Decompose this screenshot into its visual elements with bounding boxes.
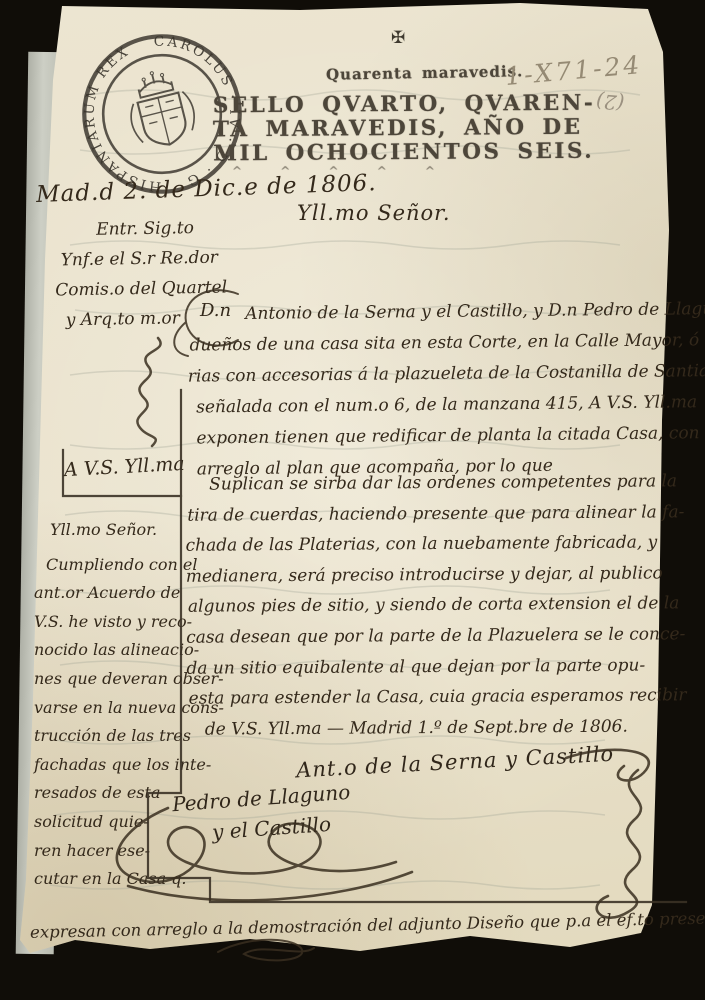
petition-line: señalada con el num.o 6, de la manzana 4…: [196, 388, 670, 424]
margin-note-line: Ynf.e el S.r Re.dor: [54, 243, 226, 276]
archival-reference-secondary: (2): [595, 89, 625, 115]
petition-opening: Antonio de la Serna y el Castillo, y D.n…: [195, 295, 671, 486]
petition-line: chada de las Platerias, con la nuebament…: [185, 528, 671, 562]
informe-line: solicitud quie-: [34, 808, 184, 837]
informe-line: V.S. he visto y reco-: [34, 608, 184, 637]
petition-line: Suplican se sirba dar las ordenes compet…: [195, 466, 671, 500]
informe-line: trucción de las tres: [34, 722, 184, 751]
informe-line: resados de esta: [34, 779, 184, 808]
petition-line: rias con accesorias á la plazueleta de l…: [188, 357, 670, 393]
petition-line: da un sitio equibalente al que dejan por…: [186, 650, 672, 684]
tax-denomination-line: Quarenta maravedis.: [326, 62, 524, 83]
stamp-line-3: MIL OCHOCIENTOS SEIS.: [213, 140, 596, 167]
petition-line: Antonio de la Serna y el Castillo, y D.n…: [195, 295, 669, 331]
petition-line: medianera, será preciso introducirse y d…: [186, 558, 672, 592]
salutation: Yll.mo Señor.: [297, 201, 451, 225]
petition-line: dueños de una casa sita en esta Corte, e…: [189, 326, 669, 362]
seal-coat-of-arms: [121, 64, 200, 152]
petition-line: tira de cuerdas, haciendo presente que p…: [187, 497, 671, 531]
scanned-manuscript-1806: CAROLUS · IV · D · G HISPANIARUM REX ✠ Q…: [0, 0, 705, 1000]
petition-plea: Suplican se sirba dar las ordenes compet…: [195, 466, 673, 745]
informe-line: cutar en la Casa q.: [34, 865, 184, 894]
petition-line: algunos pies de sitio, y siendo de corta…: [188, 589, 672, 623]
margin-note-line: Entr. Sig.to: [54, 213, 226, 246]
informe-line: ant.or Acuerdo de: [34, 579, 184, 608]
petition-line: exponen tienen que redificar de planta l…: [196, 419, 670, 455]
petition-line: esta para estender la Casa, cuia gracia …: [189, 680, 673, 714]
informe-heading: Yll.mo Señor.: [34, 516, 184, 545]
informe-line: varse en la nueva cons-: [34, 694, 184, 723]
petition-line: casa desean que por la parte de la Plazu…: [186, 619, 672, 653]
informe-line: nocido las alineacio-: [34, 636, 184, 665]
revenue-stamp-text: SELLO QVARTO, QVAREN- TA MARAVEDIS, AÑO …: [213, 92, 596, 167]
informe-line: nes que deveran obser-: [34, 665, 184, 694]
informe-line: fachadas que los inte-: [34, 751, 184, 780]
maltese-cross-icon: ✠: [391, 28, 405, 48]
informe-column: Yll.mo Señor. Cumpliendo con el ant.or A…: [34, 516, 184, 894]
informe-line: Cumpliendo con el: [34, 551, 184, 580]
informe-line: ren hacer ese-: [34, 837, 184, 866]
petition-line-closing: de V.S. Yll.ma — Madrid 1.º de Sept.bre …: [197, 711, 673, 745]
